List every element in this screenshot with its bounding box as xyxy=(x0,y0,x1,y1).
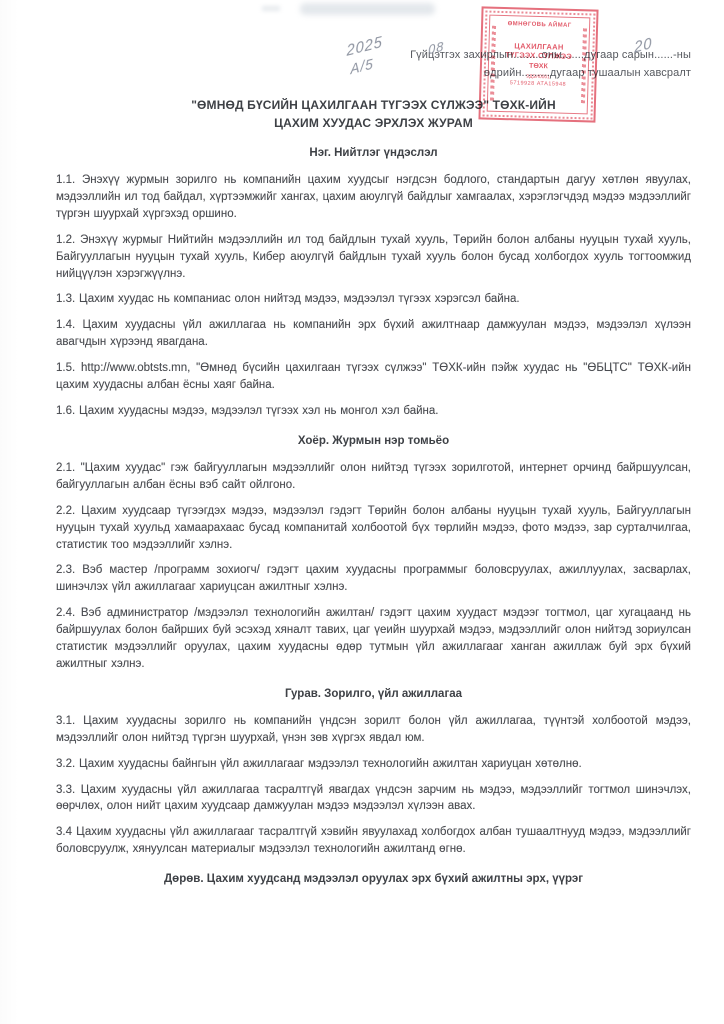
scanned-document-page: Гүйцэтгэх захирлын.........оны.......дуг… xyxy=(0,0,724,1024)
section-heading: Хоёр. Журмын нэр томьёо xyxy=(56,433,691,449)
section-heading: Нэг. Нийтлэг үндэслэл xyxy=(56,145,691,161)
seal-region-text: ӨМНӨГОВЬ АЙМАГ xyxy=(508,21,572,29)
paragraph: 3.1. Цахим хуудасны зорилго нь компанийн… xyxy=(56,713,691,747)
paragraph: 3.3. Цахим хуудасны үйл ажиллагаа тасрал… xyxy=(56,782,691,816)
scan-smudge-artifact xyxy=(300,3,435,15)
paragraph: 1.5. http://www.obtsts.mn, "Өмнөд бүсийн… xyxy=(56,360,691,394)
paragraph: 1.3. Цахим хуудас нь компаниас олон нийт… xyxy=(56,291,691,308)
paragraph: 3.2. Цахим хуудасны байнгын үйл ажиллага… xyxy=(56,756,691,773)
seal-org-type: ТӨХК xyxy=(529,63,548,71)
document-sections: Нэг. Нийтлэг үндэслэл1.1. Энэхүү журмын … xyxy=(56,145,691,887)
official-red-seal: ӨМНӨГОВЬ АЙМАГ ЦАХИЛГААН ТҮГЭЭХ СҮЛЖЭЭ Т… xyxy=(478,6,598,122)
paragraph: 3.4 Цахим хуудасны үйл ажиллагааг тасрал… xyxy=(56,824,691,858)
document-title-line2: ЦАХИМ ХУУДАС ЭРХЛЭХ ЖУРАМ xyxy=(56,115,691,133)
seal-vertical-script-left xyxy=(490,26,496,101)
seal-registration1: 9Д5И0001 xyxy=(526,74,550,81)
seal-inner: ӨМНӨГОВЬ АЙМАГ ЦАХИЛГААН ТҮГЭЭХ СҮЛЖЭЭ Т… xyxy=(487,15,591,115)
paragraph: 2.4. Вэб администратор /мэдээлэл техноло… xyxy=(56,605,691,673)
seal-org-line2: ТҮГЭЭХ СҮЛЖЭЭ xyxy=(505,50,572,61)
paragraph: 1.2. Энэхүү журмыг Нийтийн мэдээллийн ил… xyxy=(56,232,691,283)
paragraph: 1.6. Цахим хуудасны мэдээ, мэдээлэл түгэ… xyxy=(56,403,691,420)
scan-smudge-artifact-small xyxy=(262,6,280,11)
seal-registration2: 5719928 АТА15948 xyxy=(510,80,566,88)
section-heading: Дөрөв. Цахим хуудсанд мэдээлэл оруулах э… xyxy=(56,871,691,887)
paragraph: 2.3. Вэб мастер /программ зохиогч/ гэдэг… xyxy=(56,562,691,596)
seal-vertical-script-right xyxy=(581,28,587,103)
section-heading: Гурав. Зорилго, үйл ажиллагаа xyxy=(56,686,691,702)
paragraph: 2.1. "Цахим хуудас" гэж байгууллагын мэд… xyxy=(56,460,691,494)
paragraph: 2.2. Цахим хуудсаар түгээгдэх мэдээ, мэд… xyxy=(56,503,691,554)
paragraph: 1.4. Цахим хуудасны үйл ажиллагаа нь ком… xyxy=(56,317,691,351)
paragraph: 1.1. Энэхүү журмын зорилго нь компанийн … xyxy=(56,172,691,223)
